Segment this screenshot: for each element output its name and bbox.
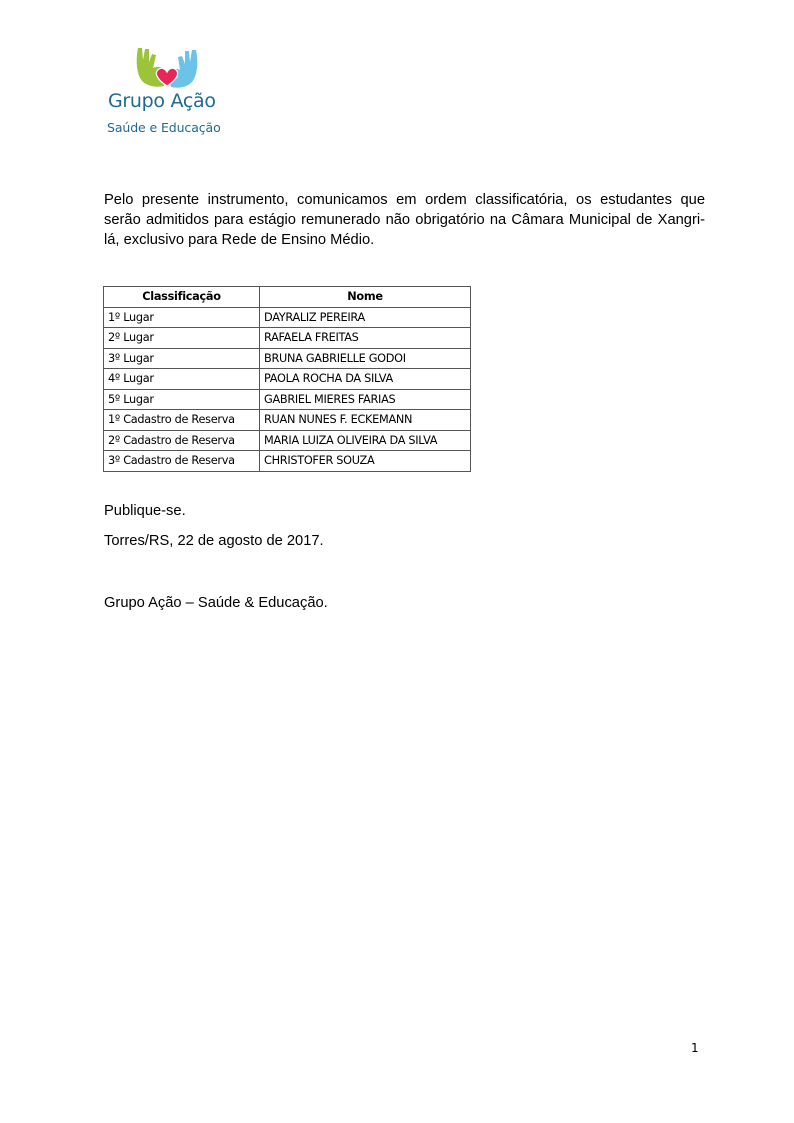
table-row: 5º Lugar GABRIEL MIERES FARIAS <box>104 389 471 410</box>
column-header-classificacao: Classificação <box>104 287 260 308</box>
cell-nome: CHRISTOFER SOUZA <box>260 451 471 472</box>
table-row: 3º Lugar BRUNA GABRIELLE GODOI <box>104 348 471 369</box>
intro-paragraph: Pelo presente instrumento, comunicamos e… <box>104 190 705 250</box>
table-row: 4º Lugar PAOLA ROCHA DA SILVA <box>104 369 471 390</box>
cell-classificacao: 1º Lugar <box>104 307 260 328</box>
cell-nome: DAYRALIZ PEREIRA <box>260 307 471 328</box>
table-header-row: Classificação Nome <box>104 287 471 308</box>
table-row: 2º Cadastro de Reserva MARIA LUIZA OLIVE… <box>104 430 471 451</box>
cell-classificacao: 5º Lugar <box>104 389 260 410</box>
table-row: 1º Lugar DAYRALIZ PEREIRA <box>104 307 471 328</box>
cell-nome: BRUNA GABRIELLE GODOI <box>260 348 471 369</box>
logo-title: Grupo Ação <box>108 90 216 112</box>
cell-classificacao: 3º Cadastro de Reserva <box>104 451 260 472</box>
table-row: 3º Cadastro de Reserva CHRISTOFER SOUZA <box>104 451 471 472</box>
page-number: 1 <box>691 1041 699 1055</box>
table-row: 1º Cadastro de Reserva RUAN NUNES F. ECK… <box>104 410 471 431</box>
organization-logo: Grupo Ação Saúde e Educação <box>104 46 234 141</box>
cell-classificacao: 4º Lugar <box>104 369 260 390</box>
cell-nome: MARIA LUIZA OLIVEIRA DA SILVA <box>260 430 471 451</box>
cell-nome: RAFAELA FREITAS <box>260 328 471 349</box>
cell-nome: RUAN NUNES F. ECKEMANN <box>260 410 471 431</box>
hands-heart-logo-icon <box>134 46 200 90</box>
cell-nome: GABRIEL MIERES FARIAS <box>260 389 471 410</box>
classification-table: Classificação Nome 1º Lugar DAYRALIZ PER… <box>103 286 471 472</box>
date-line: Torres/RS, 22 de agosto de 2017. <box>104 533 324 549</box>
cell-classificacao: 1º Cadastro de Reserva <box>104 410 260 431</box>
cell-classificacao: 3º Lugar <box>104 348 260 369</box>
signature-line: Grupo Ação – Saúde & Educação. <box>104 595 328 611</box>
column-header-nome: Nome <box>260 287 471 308</box>
cell-nome: PAOLA ROCHA DA SILVA <box>260 369 471 390</box>
cell-classificacao: 2º Lugar <box>104 328 260 349</box>
logo-subtitle: Saúde e Educação <box>107 120 221 135</box>
publique-se-text: Publique-se. <box>104 503 186 519</box>
table-row: 2º Lugar RAFAELA FREITAS <box>104 328 471 349</box>
cell-classificacao: 2º Cadastro de Reserva <box>104 430 260 451</box>
